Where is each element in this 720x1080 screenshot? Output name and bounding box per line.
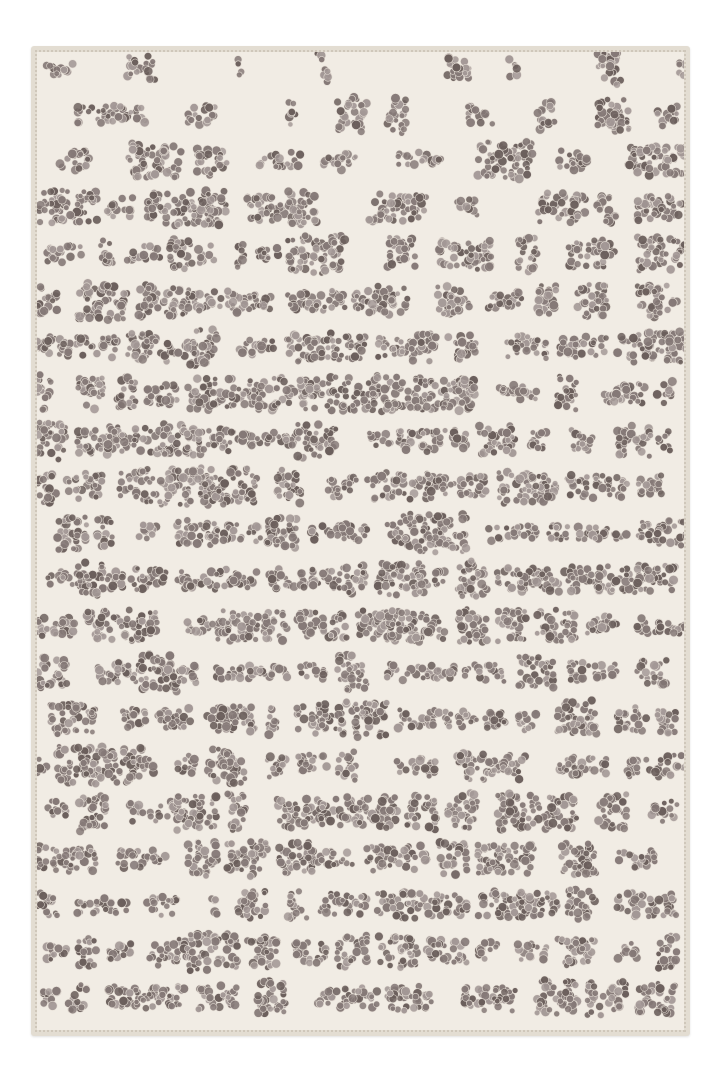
wool-blob (135, 521, 160, 541)
wool-blob (517, 888, 561, 921)
wool-blob (75, 375, 106, 414)
wool-blob (37, 470, 60, 507)
wool-blob (234, 56, 244, 78)
wool-blob (274, 793, 402, 832)
wool-blob (364, 283, 411, 320)
wool-blob (174, 753, 199, 778)
wool-blob (395, 148, 444, 169)
wool-blob (594, 791, 630, 833)
wool-blob (395, 427, 470, 456)
wool-blob (555, 754, 610, 780)
wool-blob (75, 792, 110, 836)
wool-blob (136, 650, 181, 696)
wool-blob (515, 710, 541, 734)
wool-blob (556, 332, 609, 360)
wool-blob (514, 234, 540, 276)
wool-blob (144, 186, 230, 230)
wool-blob (203, 703, 258, 736)
wool-blob (263, 514, 300, 552)
wool-blob (654, 708, 679, 737)
rug-field (37, 52, 684, 1030)
wool-blob (104, 983, 188, 1012)
wool-blob (634, 233, 684, 274)
wool-blob (334, 932, 371, 971)
wool-blob (434, 707, 509, 731)
wool-blob (82, 606, 160, 644)
wool-blob (106, 940, 134, 962)
wool-blob (624, 142, 684, 180)
wool-blob (37, 187, 101, 226)
wool-blob (234, 429, 299, 450)
wool-blob (647, 798, 679, 824)
wool-blob (143, 893, 181, 919)
wool-blob (317, 891, 370, 919)
wool-blob (74, 279, 130, 325)
wool-blob (74, 423, 160, 459)
wool-blob (565, 236, 618, 270)
wool-blob (115, 846, 170, 872)
wool-blob (633, 614, 684, 637)
wool-blob (295, 752, 331, 775)
wool-blob (585, 612, 620, 635)
wool-blob (166, 235, 196, 273)
wool-blob (384, 661, 440, 685)
wool-blob (475, 421, 519, 457)
wool-blob (465, 103, 496, 128)
wool-blob (105, 565, 169, 593)
wool-blob (124, 242, 164, 264)
wool-blob (454, 196, 480, 218)
wool-blob (293, 420, 339, 462)
wool-blob (623, 752, 684, 781)
wool-blob (364, 469, 441, 503)
rug-pattern (37, 52, 684, 1030)
wool-blob (235, 336, 277, 358)
wool-blob (285, 232, 350, 277)
wool-blob (636, 517, 685, 549)
wool-blob (533, 98, 557, 135)
wool-blob (485, 288, 525, 312)
wool-blob (405, 192, 430, 223)
wool-blob (104, 194, 137, 220)
wool-blob (40, 986, 62, 1010)
wool-blob (634, 981, 678, 1018)
wool-blob (334, 651, 370, 694)
wool-blob (314, 848, 355, 869)
wool-blob (320, 150, 359, 175)
wool-blob (184, 930, 241, 975)
wool-blob (533, 607, 579, 645)
wool-blob (136, 464, 260, 509)
wool-blob (676, 57, 684, 79)
wool-blob (336, 561, 369, 598)
wool-blob (655, 428, 673, 454)
wool-blob (53, 742, 150, 787)
wool-blob (255, 244, 283, 264)
wool-blob (374, 888, 420, 922)
wool-blob (37, 614, 78, 640)
wool-blob (634, 193, 685, 225)
wool-blob (434, 282, 473, 318)
wool-blob (335, 748, 359, 783)
wool-blob (273, 467, 304, 508)
wool-blob (44, 798, 70, 819)
wool-blob (334, 93, 371, 136)
wool-blob (533, 976, 582, 1017)
wool-blob (565, 563, 607, 596)
wool-blob (63, 470, 106, 503)
wool-blob (93, 515, 115, 551)
wool-blob (494, 789, 580, 834)
wool-blob (514, 940, 550, 964)
wool-blob (636, 472, 666, 498)
wool-blob (94, 659, 138, 686)
wool-blob (533, 282, 559, 317)
wool-blob (183, 428, 219, 453)
wool-blob (214, 608, 290, 645)
wool-blob (423, 936, 470, 966)
wool-blob (307, 520, 371, 544)
wool-blob (475, 938, 501, 962)
wool-blob (75, 558, 108, 599)
wool-blob (37, 283, 61, 318)
wool-blob (55, 147, 93, 175)
wool-blob (173, 517, 240, 549)
wool-blob (234, 888, 269, 922)
wool-blob (414, 890, 471, 920)
wool-blob (384, 983, 434, 1014)
wool-blob (653, 377, 678, 407)
wool-blob (554, 374, 579, 413)
wool-blob (264, 705, 280, 739)
wool-blob (566, 659, 620, 685)
wool-blob (224, 287, 275, 317)
wool-blob (444, 789, 480, 831)
wool-blob (37, 842, 99, 875)
wool-blob (308, 567, 339, 592)
wool-blob (594, 96, 632, 135)
wool-blob (453, 749, 491, 783)
wool-blob (208, 895, 221, 918)
wool-blob (496, 381, 541, 404)
wool-blob (584, 978, 629, 1019)
wool-blob (527, 428, 551, 452)
wool-blob (265, 565, 309, 593)
wool-blob (404, 792, 440, 834)
wool-blob (293, 608, 350, 642)
wool-blob (204, 745, 248, 787)
wool-blob (535, 189, 590, 226)
wool-blob (601, 381, 649, 407)
wool-blob (363, 841, 431, 874)
wool-blob (174, 566, 260, 593)
wool-blob (404, 330, 440, 365)
wool-blob (546, 522, 631, 543)
wool-blob (253, 977, 289, 1018)
wool-blob (393, 707, 439, 733)
wool-blob (455, 557, 491, 600)
wool-blob (213, 661, 292, 682)
wool-blob (635, 281, 682, 321)
wool-blob (73, 894, 131, 917)
wool-blob (74, 935, 100, 970)
wool-blob (365, 190, 409, 226)
wool-blob (435, 838, 470, 880)
wool-blob (460, 984, 518, 1014)
wool-blob (634, 657, 670, 689)
wool-blob (383, 94, 410, 137)
wool-blob (325, 473, 360, 500)
wool-blob (554, 936, 598, 969)
wool-blob (633, 562, 679, 596)
wool-blob (494, 564, 570, 596)
wool-blob (223, 838, 271, 880)
wool-blob (244, 933, 281, 970)
rug (31, 46, 690, 1036)
wool-blob (558, 840, 600, 879)
wool-blob (284, 187, 321, 228)
wool-blob (37, 889, 60, 918)
wool-blob (568, 427, 595, 454)
wool-blob (443, 53, 472, 82)
wool-blob (285, 288, 367, 314)
wool-blob (455, 606, 491, 646)
wool-blob (98, 237, 116, 267)
wool-blob (113, 373, 138, 410)
wool-blob (297, 661, 328, 683)
stitched-edge-right (684, 50, 686, 1032)
wool-blob (613, 889, 660, 921)
wool-blob (125, 330, 170, 365)
wool-blob (284, 330, 328, 364)
wool-blob (384, 510, 470, 556)
wool-blob (324, 372, 479, 416)
wool-blob (383, 607, 448, 646)
wool-blob (284, 888, 310, 922)
wool-blob (53, 514, 90, 553)
wool-blob (146, 937, 190, 969)
wool-blob (564, 471, 630, 503)
wool-blob (73, 102, 149, 128)
wool-blob (593, 52, 624, 88)
wool-blob (255, 149, 304, 171)
wool-blob (375, 932, 422, 971)
wool-blob (593, 192, 619, 227)
wool-blob (123, 52, 158, 83)
wool-blob (614, 704, 651, 735)
wool-blob (178, 287, 225, 314)
wool-blob (474, 841, 537, 877)
wool-blob (383, 234, 419, 271)
wool-blob (485, 522, 540, 545)
wool-blob (285, 99, 299, 127)
wool-blob (433, 661, 506, 684)
wool-blob (65, 982, 91, 1014)
wool-blob (613, 941, 641, 963)
wool-blob (193, 144, 230, 179)
wool-blob (43, 60, 77, 79)
wool-blob (515, 654, 558, 692)
wool-blob (183, 838, 221, 879)
wool-blob (314, 984, 382, 1012)
wool-blob (496, 468, 559, 508)
wool-blob (275, 839, 319, 877)
wool-blob (154, 704, 194, 731)
wool-blob (42, 942, 70, 963)
wool-blob (573, 282, 610, 321)
wool-blob (435, 237, 495, 273)
wool-blob (37, 653, 70, 691)
wool-blob (314, 52, 332, 85)
wool-blob (554, 696, 601, 738)
wool-blob (44, 333, 121, 362)
wool-blob (484, 752, 529, 784)
wool-blob (555, 147, 592, 174)
wool-blob (323, 329, 368, 362)
wool-blob (37, 419, 69, 462)
wool-blob (495, 607, 531, 645)
wool-blob (653, 102, 681, 129)
wool-blob (564, 886, 599, 924)
wool-blob (43, 242, 85, 267)
wool-blob (215, 425, 236, 454)
wool-blob (334, 698, 390, 741)
wool-blob (194, 242, 218, 266)
wool-blob (504, 332, 549, 361)
wool-blob (47, 700, 98, 737)
wool-blob (435, 472, 490, 499)
wool-blob (184, 102, 218, 129)
wool-blob (473, 138, 536, 184)
wool-blob (444, 331, 479, 363)
wool-blob (367, 430, 394, 449)
wool-blob (291, 939, 329, 967)
wool-blob (195, 981, 240, 1012)
wool-blob (184, 374, 327, 415)
wool-blob (176, 662, 200, 687)
wool-blob (173, 792, 221, 834)
wool-blob (183, 325, 221, 369)
wool-blob (615, 847, 658, 871)
wool-blob (655, 932, 681, 972)
stitched-edge-bottom (35, 1030, 686, 1032)
wool-blob (125, 139, 185, 181)
wool-blob (265, 752, 290, 780)
wool-blob (37, 756, 51, 776)
wool-blob (613, 422, 654, 460)
wool-blob (120, 706, 150, 731)
wool-blob (505, 55, 522, 81)
wool-blob (375, 335, 410, 361)
wool-blob (234, 241, 247, 270)
wool-blob (37, 371, 54, 413)
wool-blob (224, 790, 249, 833)
wool-blob (393, 755, 438, 779)
wool-blob (143, 381, 180, 409)
wool-blob (293, 700, 338, 737)
